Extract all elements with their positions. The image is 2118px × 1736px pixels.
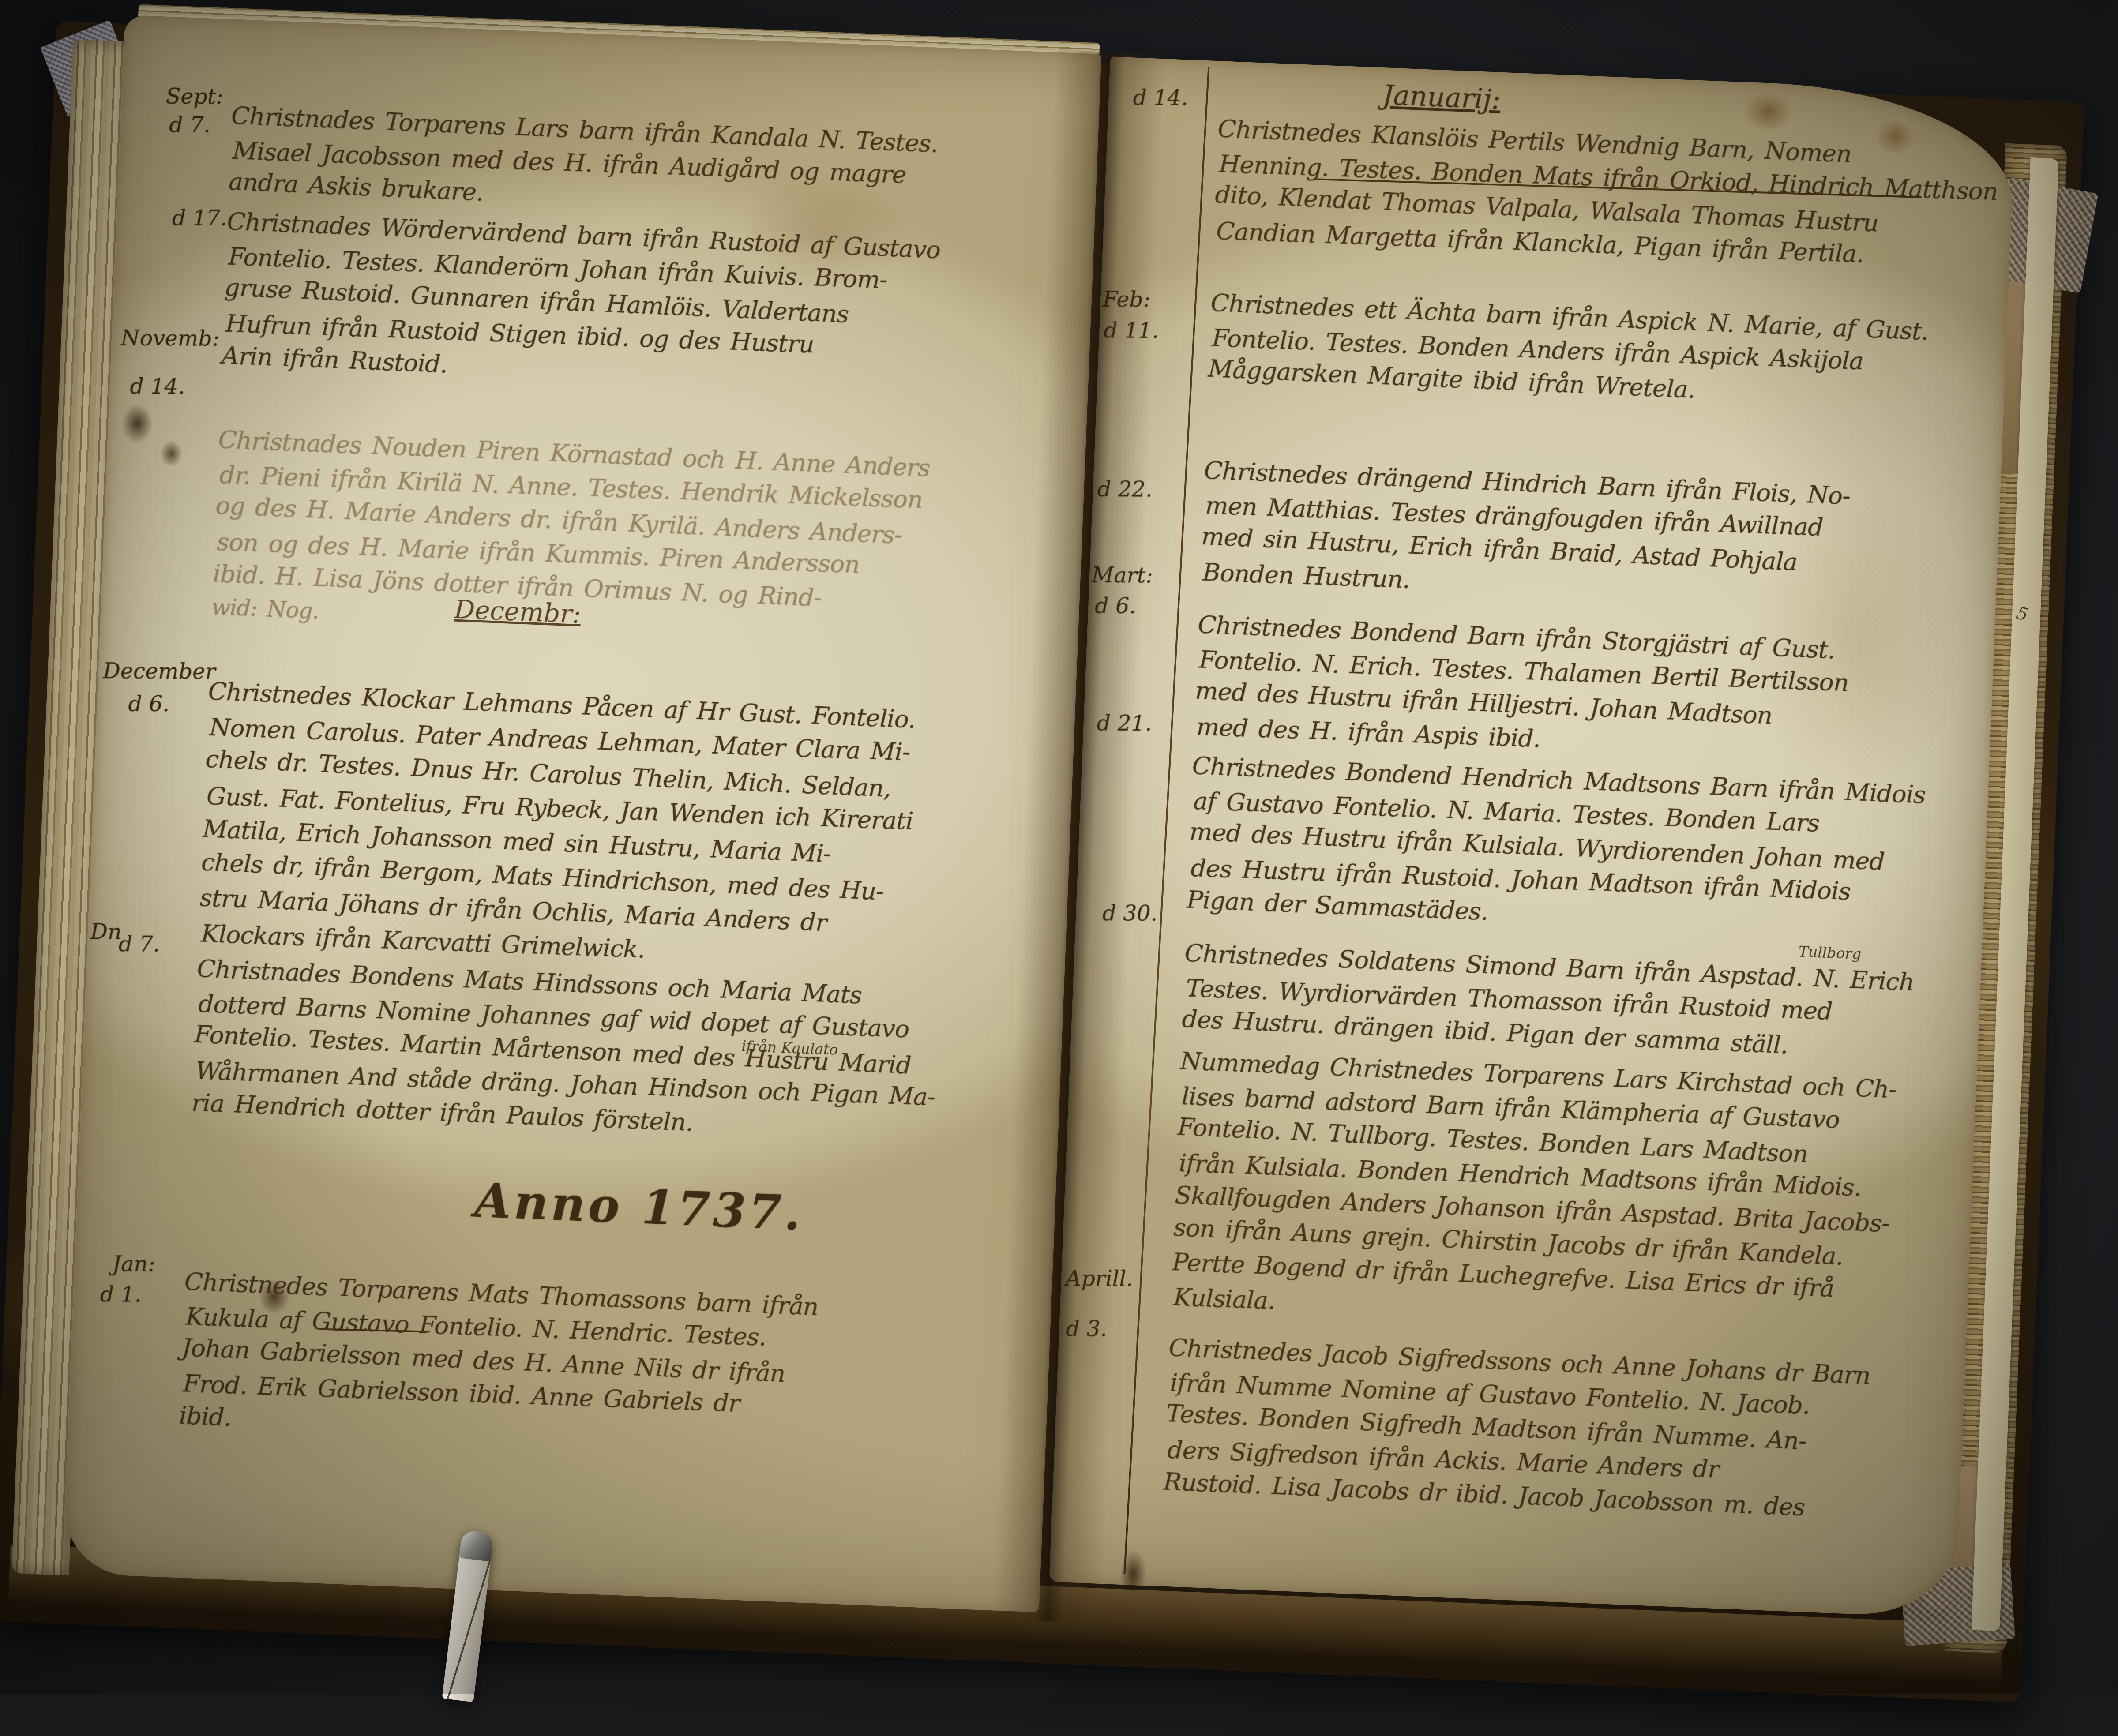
- entry-tail-line: wid: Nog.: [211, 590, 319, 628]
- margin-date: December: [103, 658, 215, 684]
- baptism-entry: Christnedes Bondend Barn ifrån Storgjäst…: [1193, 607, 1848, 768]
- right-page[interactable]: Januarij: d 14. Feb: d 11. d 22. Mart: d…: [1049, 56, 2016, 1618]
- margin-date: Jan:: [112, 1251, 155, 1277]
- margin-date: Dn: [90, 919, 122, 944]
- ink-blot: [160, 440, 183, 468]
- january-heading: Januarij:: [1382, 79, 1502, 116]
- baptism-entry: Christnades Torparens Lars barn ifrån Ka…: [228, 98, 939, 227]
- baptism-entry: Christnedes ett Ächta barn ifrån Aspick …: [1207, 286, 1929, 415]
- baptism-entry: Christnedes Klanslöis Pertils Wendnig Ba…: [1213, 112, 1997, 277]
- left-page[interactable]: Sept: d 7. d 17. Novemb: d 14. December …: [62, 15, 1101, 1612]
- baptism-entry: Christnades Wördervärdend barn ifrån Rus…: [221, 204, 941, 401]
- margin-date: Sept:: [166, 84, 223, 109]
- margin-date: d 7.: [169, 112, 210, 137]
- margin-date: d 14.: [130, 374, 185, 399]
- margin-date: d 21.: [1097, 710, 1152, 736]
- margin-date: d 30.: [1102, 900, 1157, 926]
- margin-date: Novemb:: [121, 326, 220, 351]
- baptism-entry: Christnedes drängend Hindrich Barn ifrån…: [1199, 454, 1851, 614]
- paper-stain: [1743, 91, 1794, 132]
- baptism-entry: Nummedag Christnedes Torparens Lars Kirc…: [1170, 1044, 1897, 1341]
- margin-date: d 11.: [1104, 318, 1159, 343]
- baptism-entry: Christnedes Bondend Hendrich Madtsons Ba…: [1186, 749, 1926, 945]
- margin-date: d 6.: [1095, 593, 1136, 618]
- baptism-entry: Christnedes Torparens Mats Thomassons ba…: [178, 1264, 819, 1457]
- handwriting-line: wid: Nog.: [211, 594, 319, 624]
- margin-date: d 7.: [119, 931, 160, 956]
- margin-date: d 17.: [172, 205, 227, 231]
- december-inline-heading: Decembr:: [454, 594, 582, 629]
- margin-date: Feb:: [1103, 287, 1151, 312]
- photograph-background: Sept: d 7. d 17. Novemb: d 14. December …: [0, 0, 2118, 1694]
- superscript-note: Tullborg: [1798, 943, 1862, 963]
- baptism-entry: Christnedes Klockar Lehmans Påcen af Hr …: [198, 674, 916, 977]
- baptism-entry: Christnedes Jacob Sigfredssons och Anne …: [1163, 1331, 1871, 1526]
- margin-date: Mart:: [1092, 562, 1153, 588]
- open-register-book: Sept: d 7. d 17. Novemb: d 14. December …: [0, 0, 2118, 1694]
- margin-date: d 14.: [1133, 85, 1188, 111]
- margin-date: d 22.: [1097, 476, 1153, 502]
- ink-blot: [121, 403, 154, 444]
- margin-date: Aprill.: [1066, 1266, 1133, 1291]
- anno-1737-heading: Anno 1737.: [474, 1173, 805, 1241]
- margin-date: d 1.: [100, 1282, 142, 1307]
- margin-date: d 3.: [1066, 1316, 1107, 1341]
- baptism-entry: Christnades Nouden Piren Körnastad och H…: [212, 423, 931, 619]
- margin-date: d 6.: [128, 691, 169, 716]
